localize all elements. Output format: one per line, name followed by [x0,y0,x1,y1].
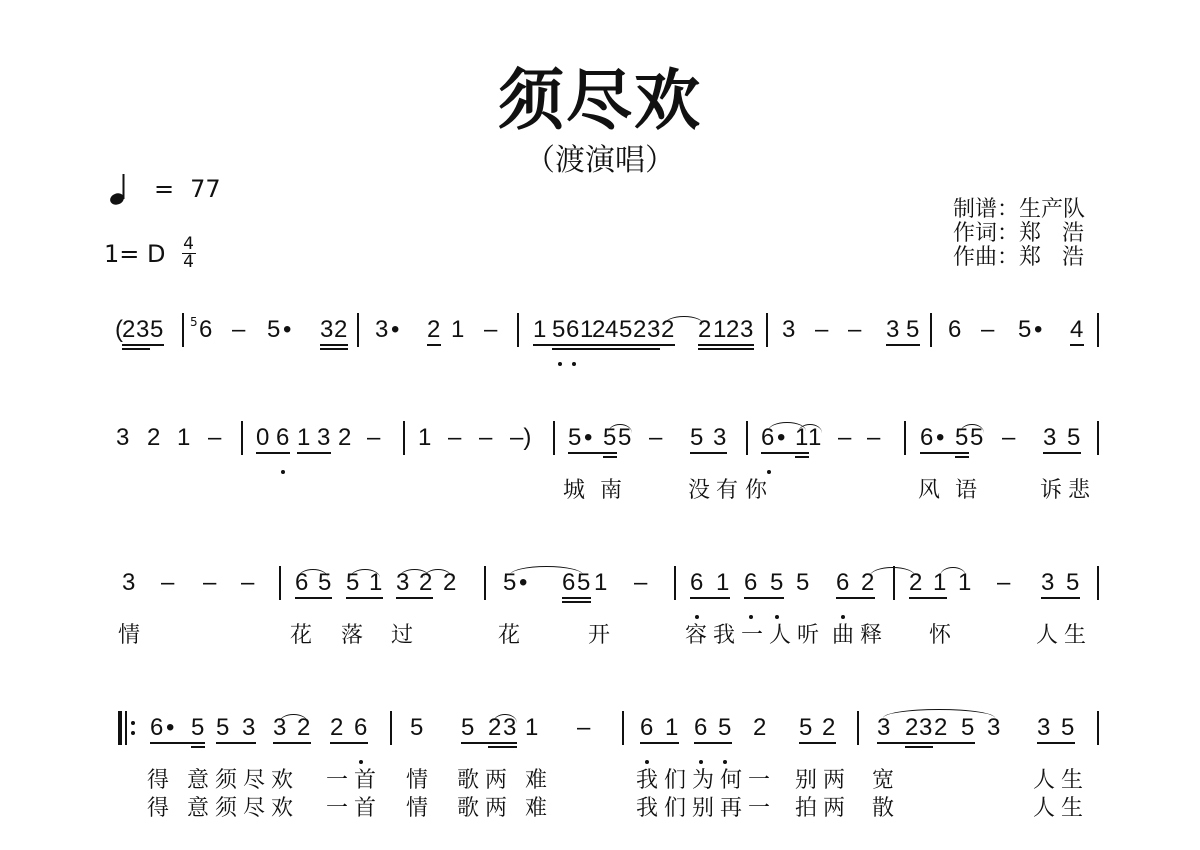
note: 3 [740,318,753,342]
bar-line [553,421,555,455]
beam-underline [273,742,311,744]
beam-underline [603,456,617,458]
note: 6 [948,318,961,342]
beam-underline [795,456,809,458]
note: 2 [334,318,347,342]
note: 2 [822,716,835,740]
key-signature: 1= D 4 4 [104,236,196,271]
note: 5 [552,318,565,342]
beam-underline [761,452,809,454]
note: 3 [1037,716,1050,740]
note: 2 [592,318,605,342]
note: 5 [191,716,204,740]
note: 6 [690,571,703,595]
beam-underline [744,597,784,599]
note: 5 [150,318,163,342]
bar-line [241,421,243,455]
note: 3 [987,716,1000,740]
lyric: 歌两 [457,770,513,792]
beam-underline [562,601,591,603]
lyric: 人生 [1033,770,1089,792]
beam-underline [427,344,441,346]
song-title: 须尽欢 [0,68,1200,134]
credits: 制谱：生产队 作词：郑 浩 作曲：郑 浩 [953,198,1085,270]
note: 6 [150,716,163,740]
beam-underline [256,452,290,454]
note: 3 [713,426,726,450]
note: – [981,318,994,342]
note: 3 [1043,426,1056,450]
note: 2 [934,716,947,740]
note: 4 [1070,318,1083,342]
note: 6 [276,426,289,450]
note: 1 [297,426,310,450]
bar-line [403,421,405,455]
grace-note: 5 [190,316,198,328]
lyric: 花 [290,625,318,647]
note: – [367,426,380,450]
note: 6 [836,571,849,595]
beam-underline [1041,597,1080,599]
lyric-verse2: 散 [872,798,900,820]
lyric: 别两 [795,770,851,792]
note: 5 [1061,716,1074,740]
lyric-verse2: 情 [406,798,434,820]
octave-dot [359,760,363,764]
lyric: 难 [525,770,553,792]
note: – [241,571,254,595]
beam-underline [955,456,969,458]
note: 3 [1041,571,1054,595]
note: – [649,426,662,450]
note: 5 [410,716,423,740]
note: 0 [256,426,269,450]
beam-underline [1037,742,1075,744]
bar-line [1097,566,1099,600]
note: 2 [338,426,351,450]
note: • [936,426,944,450]
note: 3 [647,318,660,342]
note: – [1002,426,1015,450]
slur [883,709,995,718]
lyric: 我们为何一 [636,770,776,792]
lyric: 城 [563,480,591,502]
octave-dot [841,615,845,619]
tempo-equals: = [154,175,174,203]
note: 6 [354,716,367,740]
bar-line [517,313,519,347]
note: – [161,571,174,595]
lyric: 花 [498,625,526,647]
bar-line [930,313,932,347]
beam-underline [698,348,754,350]
bar-line [766,313,768,347]
note: 1 [713,318,726,342]
octave-dot [645,760,649,764]
beam-underline [694,742,732,744]
beam-underline [216,742,256,744]
lyric: 得 [147,770,175,792]
note: 3 [242,716,255,740]
note: • [283,318,291,342]
beam-underline [690,597,730,599]
note: 1 [594,571,607,595]
octave-dot [281,470,285,474]
lyric: 风 [918,480,946,502]
note: • [1034,318,1042,342]
note: 2 [633,318,646,342]
beam-underline [122,348,150,350]
lyric-verse2: 意须尽欢 [187,798,299,820]
lyric-verse2: 得 [147,798,175,820]
time-bottom: 4 [183,254,194,271]
note: 3 [919,716,932,740]
beam-underline [330,742,368,744]
bar-line [674,566,676,600]
beam-underline [488,746,517,748]
note: – [448,426,461,450]
note: – [997,571,1010,595]
lyric: 怀 [929,625,957,647]
beam-underline [886,344,920,346]
beam-underline [533,344,675,346]
bar-line [1097,421,1099,455]
beam-underline [568,452,617,454]
credit-composer: 作曲：郑 浩 [953,246,1085,270]
beam-underline [295,597,332,599]
note: 5 [770,571,783,595]
note: – [577,716,590,740]
note: 3 [122,571,135,595]
bar-line [390,711,392,745]
note: 3 [136,318,149,342]
beam-underline [297,452,331,454]
lyric: 开 [588,625,616,647]
note: 5 [1067,426,1080,450]
note: – [867,426,880,450]
beam-underline [909,597,947,599]
beam-underline [920,452,969,454]
lyric-verse2: 歌两 [457,798,513,820]
beam-underline [320,344,348,346]
note: 1 [525,716,538,740]
note: 6 [694,716,707,740]
octave-dot [699,760,703,764]
note: 3 [782,318,795,342]
lyric-verse2: 拍两 [795,798,851,820]
octave-dot [767,470,771,474]
beam-underline [122,344,164,346]
credit-lyrics: 作词：郑 浩 [953,222,1085,246]
note: 1 [177,426,190,450]
note: • [584,426,592,450]
lyric-verse2: 一首 [326,798,382,820]
note: –) [510,426,531,450]
note: – [208,426,221,450]
note: 1 [665,716,678,740]
bar-line [1097,313,1099,347]
beam-underline [799,742,836,744]
beam-underline [640,742,679,744]
note: 1 [716,571,729,595]
note: 5 [461,716,474,740]
octave-dot [558,362,562,366]
bar-line [182,313,184,347]
key-label: 1= D [104,240,166,268]
note: 3 [320,318,333,342]
lyric: 没有 [688,480,744,502]
note: 2 [427,318,440,342]
note: 2 [905,716,918,740]
note: • [166,716,174,740]
beam-underline [396,597,433,599]
tempo-bpm: 77 [190,175,221,203]
lyric: 落 [341,625,369,647]
note: 5 [796,571,809,595]
note: – [815,318,828,342]
note: – [838,426,851,450]
note: 1 [451,318,464,342]
octave-dot [723,760,727,764]
lyric: 诉悲 [1040,480,1096,502]
bar-line [1097,711,1099,745]
note: 5 [906,318,919,342]
lyric: 容我一人听 [685,625,825,647]
note: 5 [690,426,703,450]
note: – [232,318,245,342]
note: – [848,318,861,342]
octave-dot [572,362,576,366]
lyric: 曲释 [832,625,888,647]
note: 2 [726,318,739,342]
note: 2 [753,716,766,740]
note: • [391,318,399,342]
note: 6 [920,426,933,450]
beam-underline [562,597,591,599]
note: 3 [877,716,890,740]
bar-line [904,421,906,455]
beam-underline [346,597,383,599]
lyric-verse2: 我们别再一 [636,798,776,820]
note: – [479,426,492,450]
lyric: 你 [745,480,773,502]
note: 6 [640,716,653,740]
note: 5 [568,426,581,450]
beam-underline [877,742,975,744]
lyric: 南 [600,480,628,502]
lyric: 宽 [872,770,900,792]
bar-line [622,711,624,745]
note: – [203,571,216,595]
repeat-thin-bar [125,711,127,745]
note: 3 [317,426,330,450]
slur [510,566,583,575]
lyric: 意须尽欢 [187,770,299,792]
lyric: 情 [118,625,146,647]
beam-underline [1070,344,1084,346]
note: 2 [147,426,160,450]
bar-line [857,711,859,745]
repeat-dot [131,721,135,725]
beam-underline [461,742,517,744]
beam-underline [836,597,875,599]
beam-underline [150,742,205,744]
note: 5 [1066,571,1079,595]
beam-underline [320,348,348,350]
note: 5 [718,716,731,740]
note: 1 [418,426,431,450]
beam-underline [1043,452,1081,454]
bar-line [484,566,486,600]
octave-dot [775,615,779,619]
note: 5 [619,318,632,342]
quarter-note-icon [108,172,138,206]
note: 6 [566,318,579,342]
note: 5 [216,716,229,740]
beam-underline [905,746,933,748]
lyric: 一首 [326,770,382,792]
note: 2 [330,716,343,740]
beam-underline [191,746,205,748]
note: 5 [1018,318,1031,342]
note: 3 [886,318,899,342]
lyric: 人生 [1036,625,1092,647]
credit-notation: 制谱：生产队 [953,198,1085,222]
time-top: 4 [183,236,194,253]
note: 6 [199,318,212,342]
beam-underline [698,344,754,346]
beam-underline [552,348,660,350]
repeat-dot [131,731,135,735]
note: 6 [744,571,757,595]
repeat-thick-bar [118,711,122,745]
octave-dot [749,615,753,619]
lyric-verse2: 人生 [1033,798,1089,820]
bar-line [279,566,281,600]
lyric: 语 [955,480,983,502]
note: – [484,318,497,342]
note: 3 [375,318,388,342]
note: 1 [533,318,546,342]
beam-underline [690,452,727,454]
octave-dot [695,615,699,619]
bar-line [746,421,748,455]
note: 5 [799,716,812,740]
lyric: 过 [391,625,419,647]
note: 4 [605,318,618,342]
time-signature: 4 4 [182,236,196,271]
lyric: 情 [406,770,434,792]
note: – [634,571,647,595]
note: 2 [122,318,135,342]
note: 5 [961,716,974,740]
tempo-marking: = 77 [108,172,221,206]
lyric-verse2: 难 [525,798,553,820]
bar-line [357,313,359,347]
note: 5 [267,318,280,342]
note: 3 [116,426,129,450]
